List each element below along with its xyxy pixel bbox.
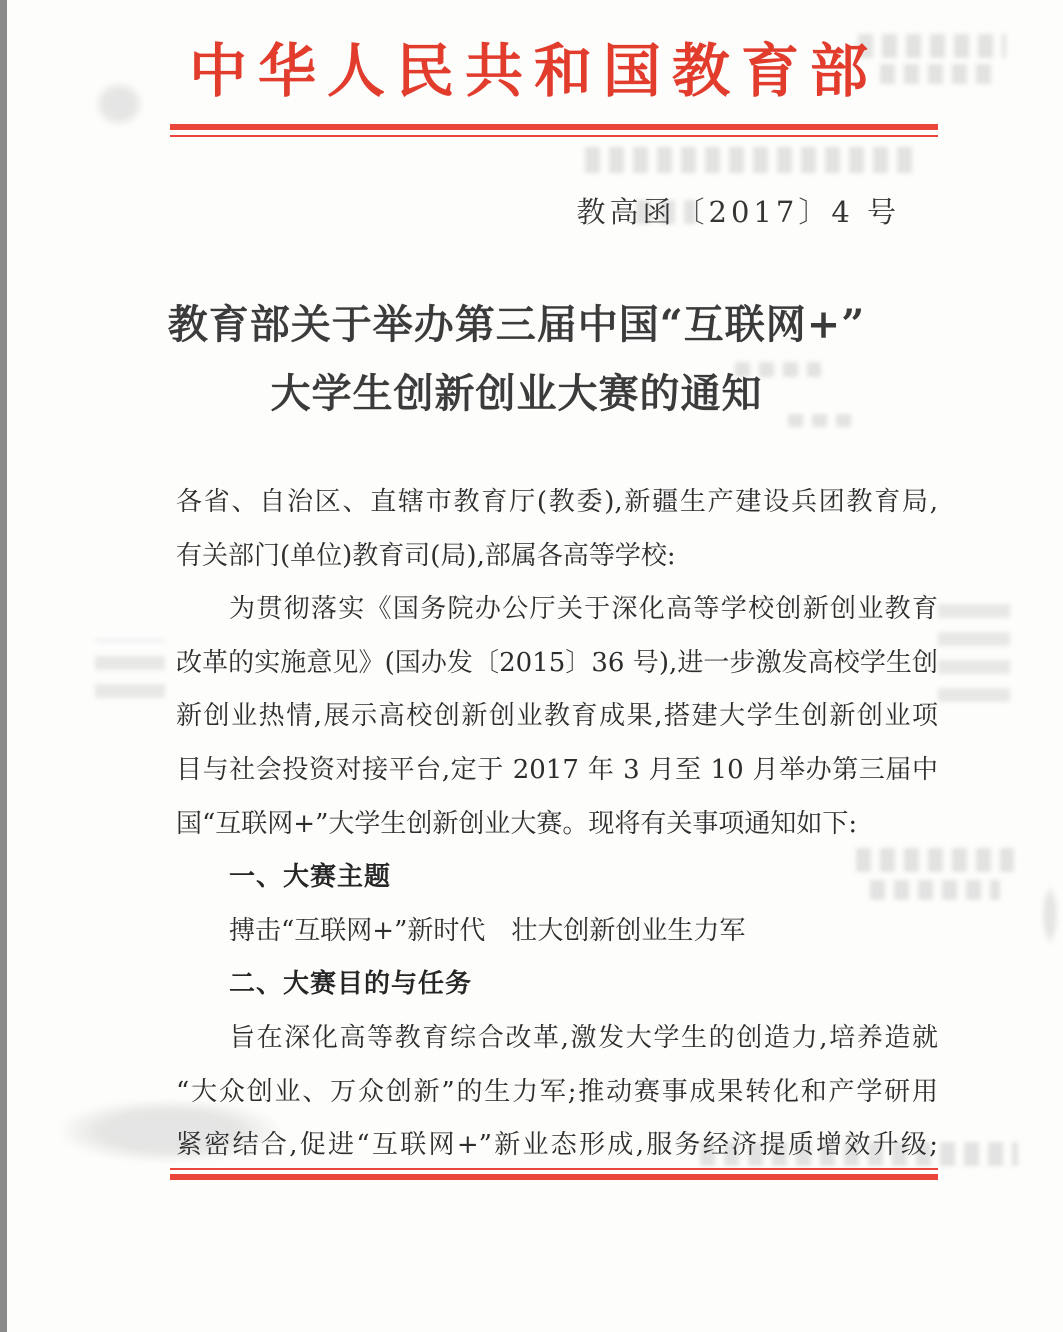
body-line-recipients-2: 有关部门(单位)教育司(局),部属各高等学校: — [176, 530, 938, 584]
bleed-through-artifact — [585, 147, 917, 173]
body-line-para1-5: 国“互联网+”大学生创新创业大赛。现将有关事项通知如下: — [176, 798, 938, 852]
body-line-para1-2: 改革的实施意见》(国办发〔2015〕36 号),进一步激发高校学生创 — [176, 637, 938, 691]
body-line-theme: 搏击“互联网+”新时代 壮大创新创业生力军 — [176, 905, 938, 959]
body-line-para1-3: 新创业热情,展示高校创新创业教育成果,搭建大学生创新创业项 — [176, 690, 938, 744]
body-line-para1-4: 目与社会投资对接平台,定于 2017 年 3 月至 10 月举办第三届中 — [176, 744, 938, 798]
bleed-through-artifact — [95, 640, 165, 698]
issuing-agency-masthead: 中华人民共和国教育部 — [150, 24, 918, 108]
bleed-through-artifact — [1042, 886, 1058, 944]
masthead-rule-thin — [170, 135, 938, 137]
bleed-through-artifact — [938, 590, 1010, 702]
section-heading-1: 一、大赛主题 — [176, 851, 938, 905]
masthead-double-rule — [170, 124, 938, 137]
document-body: 各省、自治区、直辖市教育厅(教委),新疆生产建设兵团教育局, 有关部门(单位)教… — [176, 476, 938, 1173]
document-title: 教育部关于举办第三届中国“互联网+” 大学生创新创业大赛的通知 — [0, 290, 1033, 428]
section-heading-2: 二、大赛目的与任务 — [176, 958, 938, 1012]
masthead-rule-thick — [170, 124, 938, 130]
body-line-recipients-1: 各省、自治区、直辖市教育厅(教委),新疆生产建设兵团教育局, — [176, 476, 938, 530]
footer-rule-thin — [170, 1168, 938, 1170]
scanned-official-document-page: 中华人民共和国教育部 教高函〔2017〕4 号 教育部关于举办第三届中国“互联网… — [0, 0, 1063, 1332]
bleed-through-artifact — [95, 82, 143, 126]
body-line-para2-1: 旨在深化高等教育综合改革,激发大学生的创造力,培养造就 — [176, 1012, 938, 1066]
document-title-line2: 大学生创新创业大赛的通知 — [0, 359, 1033, 428]
document-title-line1: 教育部关于举办第三届中国“互联网+” — [0, 290, 1033, 359]
document-number: 教高函〔2017〕4 号 — [0, 190, 1063, 231]
body-line-para2-2: “大众创业、万众创新”的生力军;推动赛事成果转化和产学研用 — [176, 1066, 938, 1120]
body-line-para2-3: 紧密结合,促进“互联网+”新业态形成,服务经济提质增效升级; — [176, 1119, 938, 1173]
footer-double-rule — [170, 1168, 938, 1180]
body-line-para1-1: 为贯彻落实《国务院办公厅关于深化高等学校创新创业教育 — [176, 583, 938, 637]
footer-rule-thick — [170, 1174, 938, 1180]
